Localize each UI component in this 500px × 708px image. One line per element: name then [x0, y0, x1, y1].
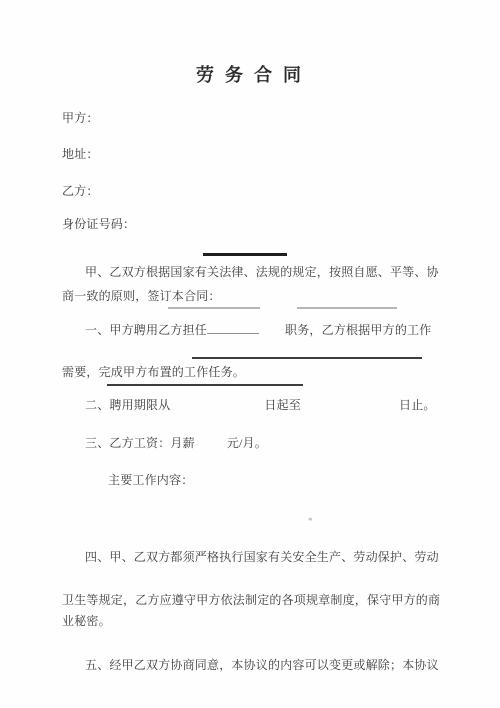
clause-1-suffix: 职务，乙方根据甲方的工作 [285, 323, 431, 337]
clause-1-line-1: 一、甲方聘用乙方担任职务，乙方根据甲方的工作 [85, 323, 431, 338]
clause-4-line-3: 业秘密。 [62, 614, 111, 629]
clause-2-prefix: 二、聘用期限从 [85, 398, 170, 412]
clause-1-prefix: 一、甲方聘用乙方担任 [85, 323, 207, 337]
ruled-line-2 [107, 384, 303, 386]
blank-fill-line-left [168, 307, 260, 309]
address-label: 地址： [62, 147, 99, 162]
clause-2-suffix: 日止。 [399, 398, 436, 412]
intro-line-1: 甲、乙双方根据国家有关法律、法规的规定，按照自愿、平等、协 [85, 265, 439, 280]
intro-line-2: 商一致的原则，签订本合同： [62, 289, 221, 304]
clause-5-line-1: 五、经甲乙双方协商同意，本协议的内容可以变更或解除；本协议 [85, 658, 439, 673]
party-a-label: 甲方： [62, 111, 99, 126]
blank-fill-line-right [297, 307, 397, 309]
work-content-label: 主要工作内容： [108, 473, 193, 488]
contract-page: 劳 务 合 同 甲方： 地址： 乙方： 身份证号码： 甲、乙双方根据国家有关法律… [0, 0, 500, 708]
ruled-line-1 [192, 357, 422, 359]
ink-speck: * [308, 517, 313, 526]
separator-line [203, 253, 287, 256]
clause-3-suffix: 元/月。 [227, 436, 267, 450]
clause-1-fill-underline [207, 333, 259, 334]
id-number-label: 身份证号码： [62, 217, 135, 232]
contract-title: 劳 务 合 同 [0, 61, 500, 87]
clause-3-prefix: 三、乙方工资：月薪 [85, 436, 195, 450]
party-b-label: 乙方： [62, 184, 99, 199]
clause-2-mid: 日起至 [264, 398, 301, 412]
clause-1-line-2: 需要，完成甲方布置的工作任务。 [62, 365, 245, 380]
clause-3-line: 三、乙方工资：月薪元/月。 [85, 436, 267, 451]
clause-2-line: 二、聘用期限从日起至日止。 [85, 398, 436, 413]
clause-4-line-1: 四、甲、乙双方都须严格执行国家有关安全生产、劳动保护、劳动 [85, 550, 439, 565]
clause-4-line-2: 卫生等规定，乙方应遵守甲方依法制定的各项规章制度，保守甲方的商 [62, 593, 440, 608]
